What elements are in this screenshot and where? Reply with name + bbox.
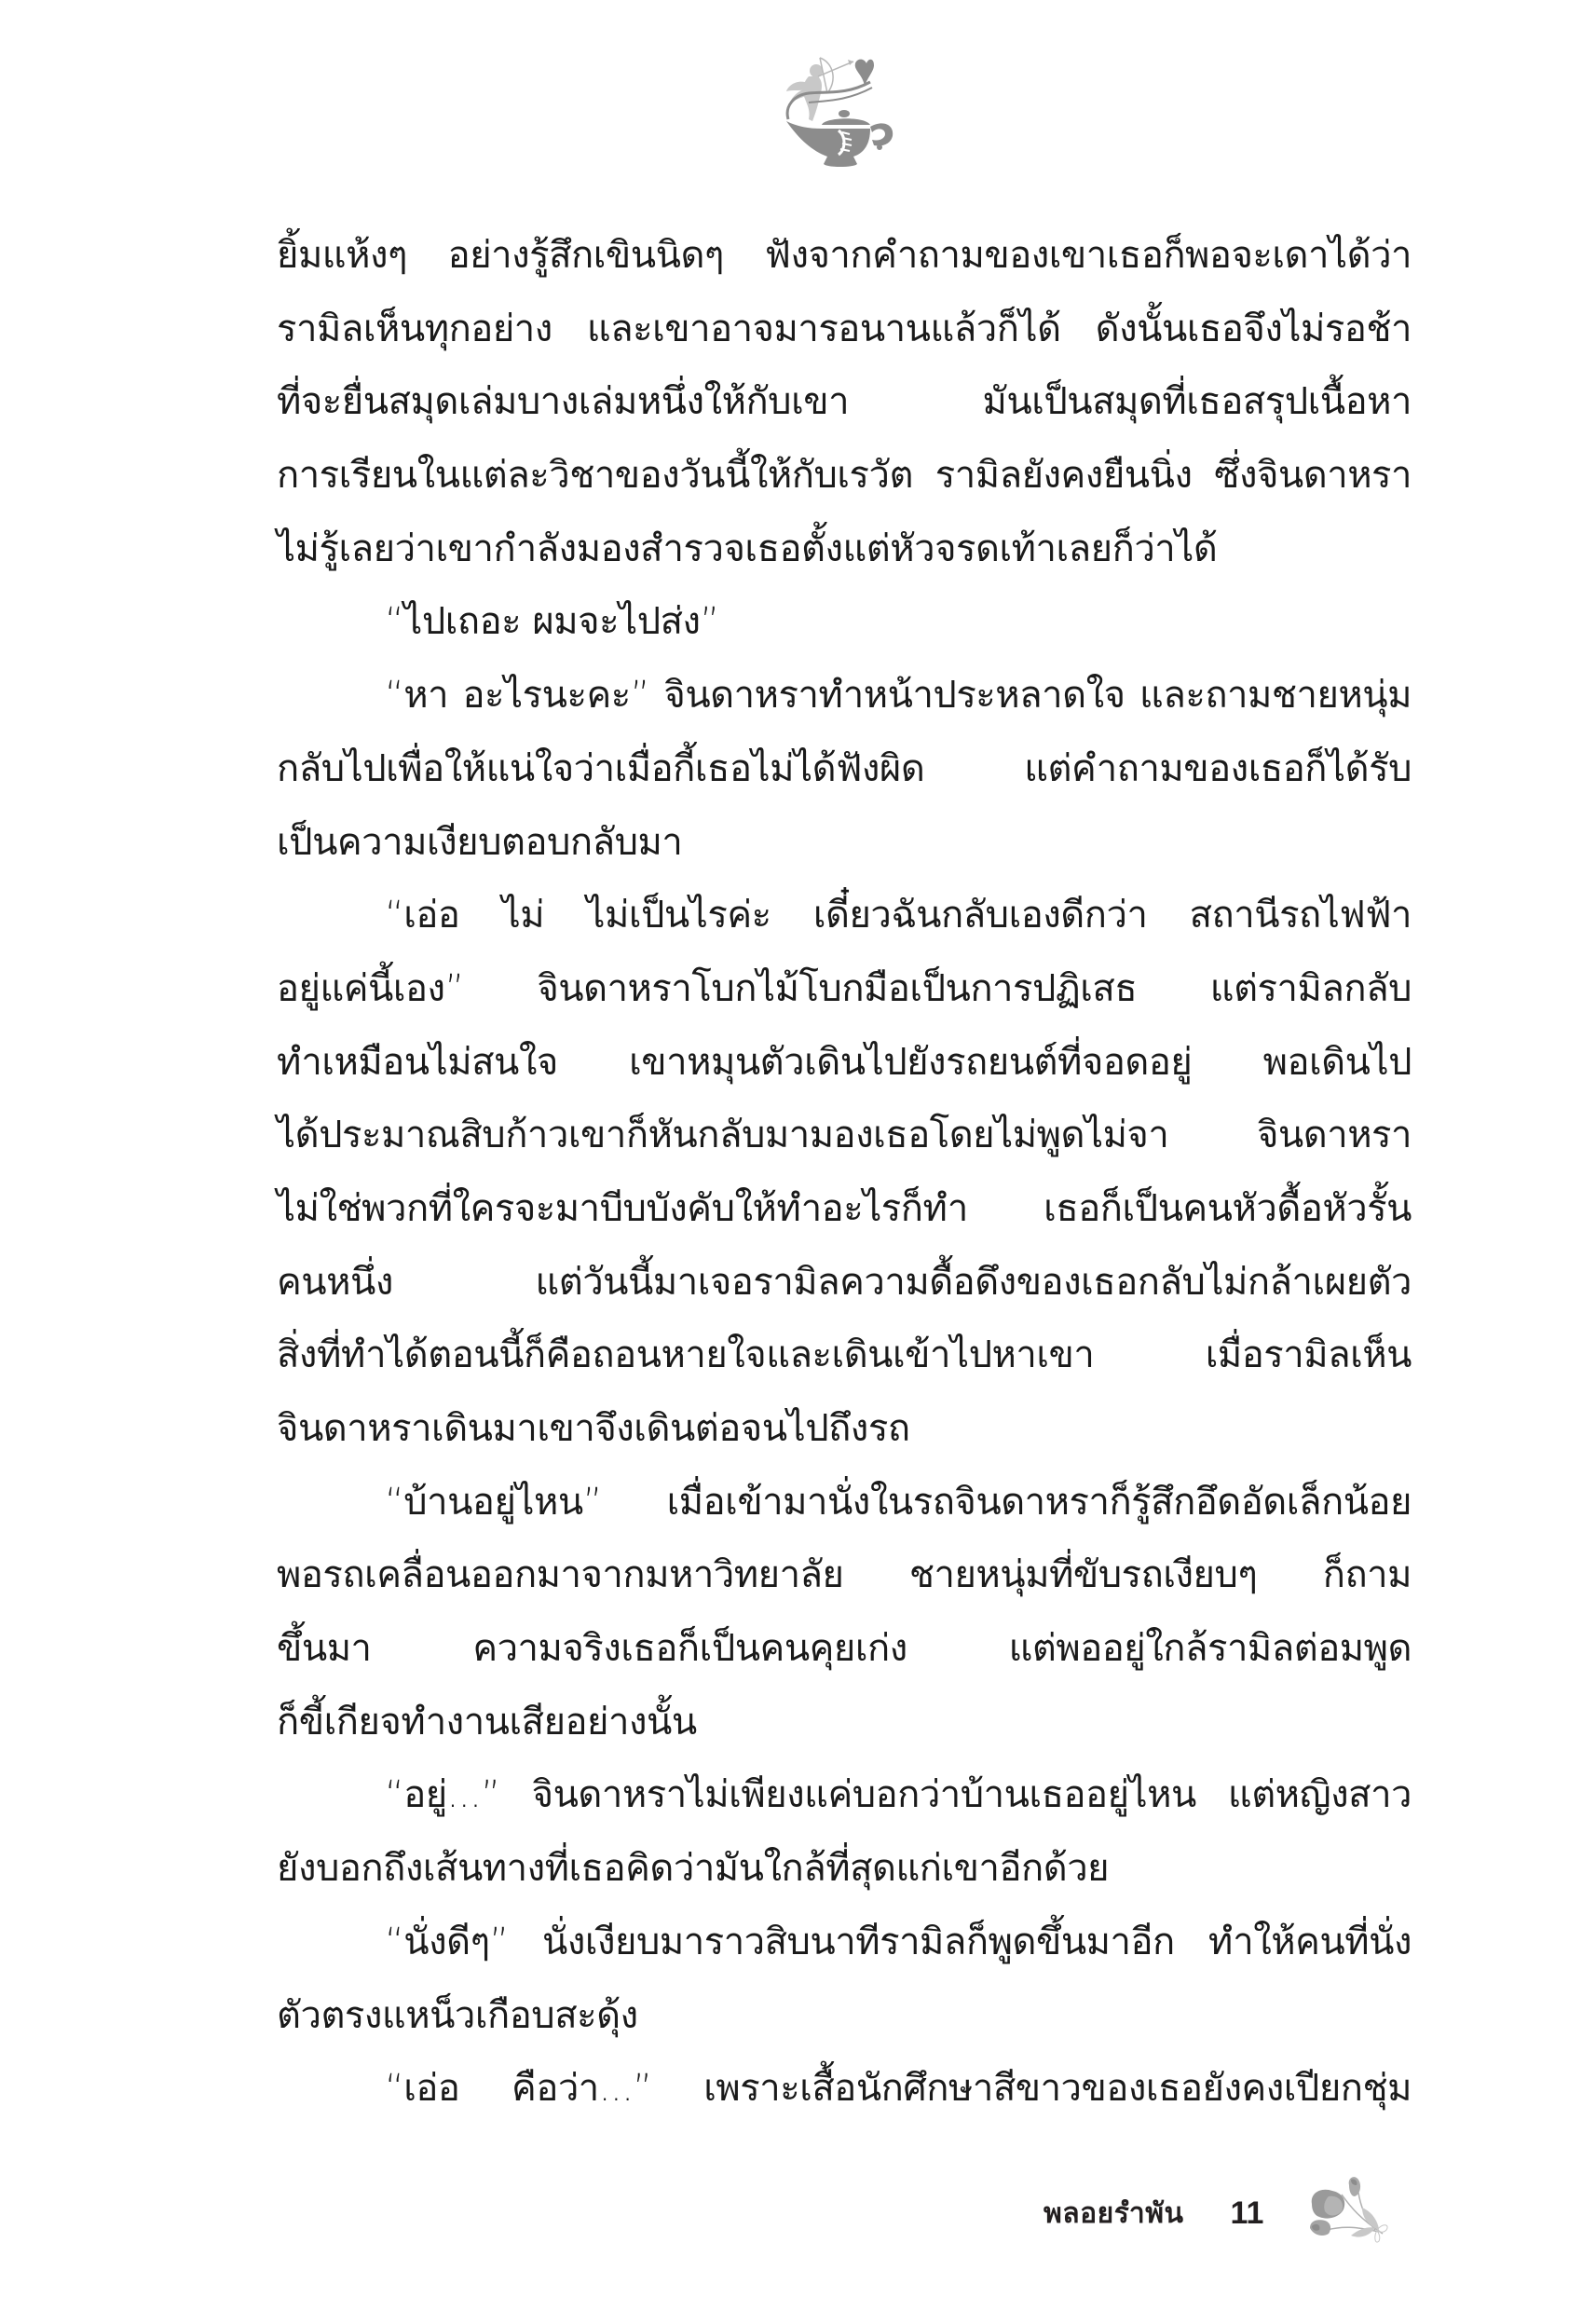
text-line: ไม่ใช่พวกที่ใครจะมาบีบบังคับให้ทำอะไรก็ท… (277, 1172, 1412, 1246)
body-text: ยิ้มแห้งๆ อย่างรู้สึกเขินนิดๆ ฟังจากคำถา… (277, 219, 1412, 2126)
text-line: กลับไปเพื่อให้แน่ใจว่าเมื่อกี้เธอไม่ได้ฟ… (277, 732, 1412, 806)
dialogue-line: “บ้านอยู่ไหน” เมื่อเข้ามานั่งในรถจินดาหร… (277, 1466, 1412, 1539)
genie-lamp-cupid-icon (781, 54, 900, 170)
text-line: ยิ้มแห้งๆ อย่างรู้สึกเขินนิดๆ ฟังจากคำถา… (277, 219, 1412, 293)
dialogue-line: “นั่งดีๆ” นั่งเงียบมาราวสิบนาทีรามิลก็พู… (277, 1906, 1412, 1979)
text-line: ได้ประมาณสิบก้าวเขาก็หันกลับมามองเธอโดยไ… (277, 1099, 1412, 1172)
text-line: ก็ขี้เกียจทำงานเสียอย่างนั้น (277, 1686, 1412, 1759)
text-line: พอรถเคลื่อนออกมาจากมหาวิทยาลัย ชายหนุ่มท… (277, 1538, 1412, 1612)
text-line: ยังบอกถึงเส้นทางที่เธอคิดว่ามันใกล้ที่สุ… (277, 1832, 1412, 1906)
page-footer: พลอยรำพัน 11 (1044, 2176, 1398, 2250)
text-line: การเรียนในแต่ละวิชาของวันนี้ให้กับเรวัต … (277, 439, 1412, 513)
text-line: ไม่รู้เลยว่าเขากำลังมองสำรวจเธอตั้งแต่หั… (277, 513, 1412, 586)
dialogue-line: “เอ่อ ไม่ ไม่เป็นไรค่ะ เดี๋ยวฉันกลับเองด… (277, 879, 1412, 952)
dialogue-line: “เอ่อ คือว่า...” เพราะเสื้อนักศึกษาสีขาว… (277, 2052, 1412, 2126)
book-title: พลอยรำพัน (1044, 2192, 1184, 2236)
dialogue-line: “ไปเถอะ ผมจะไปส่ง” (277, 585, 1412, 659)
text-line: สิ่งที่ทำได้ตอนนี้ก็คือถอนหายใจและเดินเข… (277, 1319, 1412, 1392)
page-number: 11 (1231, 2195, 1264, 2232)
text-line: ตัวตรงแหน็วเกือบสะดุ้ง (277, 1979, 1412, 2053)
dialogue-line: “หา อะไรนะคะ” จินดาหราทำหน้าประหลาดใจ แล… (277, 659, 1412, 732)
text-line: อยู่แค่นี้เอง” จินดาหราโบกไม้โบกมือเป็นก… (277, 952, 1412, 1026)
text-line: คนหนึ่ง แต่วันนี้มาเจอรามิลความดื้อดึงขอ… (277, 1246, 1412, 1320)
dialogue-line: “อยู่...” จินดาหราไม่เพียงแค่บอกว่าบ้านเ… (277, 1758, 1412, 1832)
text-line: ที่จะยื่นสมุดเล่มบางเล่มหนึ่งให้กับเขา ม… (277, 365, 1412, 439)
text-line: ขึ้นมา ความจริงเธอก็เป็นคนคุยเก่ง แต่พออ… (277, 1612, 1412, 1686)
text-line: ทำเหมือนไม่สนใจ เขาหมุนตัวเดินไปยังรถยนต… (277, 1026, 1412, 1100)
tulip-bouquet-icon (1304, 2176, 1398, 2250)
text-line: เป็นความเงียบตอบกลับมา (277, 806, 1412, 880)
book-page: ยิ้มแห้งๆ อย่างรู้สึกเขินนิดๆ ฟังจากคำถา… (0, 0, 1596, 2311)
text-line: จินดาหราเดินมาเขาจึงเดินต่อจนไปถึงรถ (277, 1392, 1412, 1466)
text-line: รามิลเห็นทุกอย่าง และเขาอาจมารอนานแล้วก็… (277, 293, 1412, 366)
